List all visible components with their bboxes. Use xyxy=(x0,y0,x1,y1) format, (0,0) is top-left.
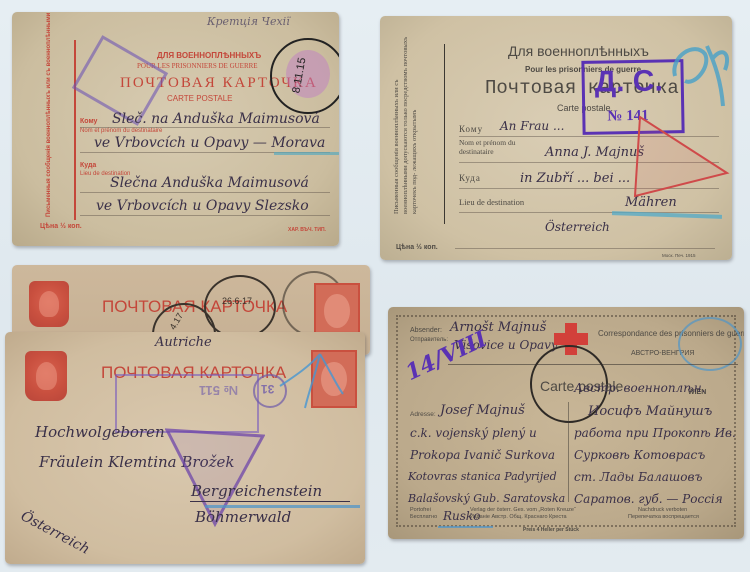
handwriting-line3: Slečna Anduška Maimusová xyxy=(110,176,309,190)
handwriting-line1: Hochwolgeboren xyxy=(35,425,165,440)
footer-left: Portofrei xyxy=(410,508,431,514)
handwriting-line5: Österreich xyxy=(545,221,610,233)
price: Цѣна ½ коп. xyxy=(396,244,438,251)
handwriting-line4: Böhmerwald xyxy=(195,510,291,525)
price: Preis 4 Heller per Stück xyxy=(523,528,579,533)
postcard-bottom-left-front: Autriche ПОЧТОВАЯ КАРТОЧКА № 511 31 Hoch… xyxy=(5,332,365,564)
where-label-fr: Lieu de destination xyxy=(459,198,524,207)
postcard-top-left: Письменныя сообщенія военноплѣнныхъ или … xyxy=(12,12,339,246)
russian-address-line-2: Иосифъ Майнушъ xyxy=(588,405,712,418)
blue-pencil-scribble xyxy=(665,36,732,116)
russian-address-line-4: Сурковѣ Котоврасъ xyxy=(574,449,705,461)
side-note: Письменныя сообщенія военноплѣнныхъ или … xyxy=(392,34,419,214)
handwriting-line1: Sleč. na Anduška Maimusová xyxy=(112,112,320,126)
sender-label: Absender: xyxy=(410,327,442,334)
printer: Моск. Печ. 1915 xyxy=(662,254,695,259)
footer-center: Verlag der österr. Ges. vom „Roten Kreuz… xyxy=(470,508,576,514)
card-title-fr: CARTE POSTALE xyxy=(167,95,233,103)
postcard-bottom-right: Absender: Отправитель: Arnošt Majnuš Viš… xyxy=(388,307,744,539)
blue-pencil-scribble xyxy=(275,346,345,416)
handwriting-line4: ve Vrbovcích u Opavy Slezsko xyxy=(96,199,309,213)
address-line-3: Prokopa Ivanič Surkova xyxy=(410,449,555,461)
handwriting-line2: Anna J. Majnuš xyxy=(545,146,644,159)
address-line-4: Kotovras stanica Padyrijed xyxy=(408,471,557,482)
postcard-top-right: Письменныя сообщенія военноплѣнныхъ или … xyxy=(380,16,732,260)
triangle-censor-stamp xyxy=(632,111,732,201)
postage-stamp xyxy=(314,283,360,339)
address-label: Adresse: xyxy=(410,412,436,419)
divider-line xyxy=(444,44,445,224)
header-ru: ДЛЯ ВОЕННОПЛѢННЫХЪ xyxy=(157,52,261,60)
footer-right-ru: Перепечатка воспрещается xyxy=(628,515,699,521)
russian-address-line-6: Саратов. губ. — Россія xyxy=(574,493,723,505)
handwriting-country: Österreich xyxy=(18,509,91,557)
where-label: Куда xyxy=(459,174,481,183)
to-label-fr: Nom et prénom du destinataire xyxy=(80,128,162,134)
divider-line xyxy=(74,40,76,220)
russian-address-line-1: Австр. военноплѣн. xyxy=(574,382,706,394)
handwriting-line3: Bergreichenstein xyxy=(191,484,322,499)
footer-right: Nachdruck verboten xyxy=(638,508,687,514)
blue-pencil-mark xyxy=(438,526,493,528)
blue-pencil-mark xyxy=(274,152,339,155)
address-line-5: Balašovský Gub. Saratovska xyxy=(408,493,565,504)
address-line-1: Josef Majnuš xyxy=(440,404,525,417)
handwriting-line3: in Zubří ... bei ... xyxy=(520,172,630,185)
postcard-photo: Письменныя сообщенія военноплѣнныхъ или … xyxy=(0,0,750,572)
imperial-eagle-emblem xyxy=(29,281,69,327)
russian-address-line-5: ст. Лады Балашовъ xyxy=(574,471,702,483)
footer-center-ru: Изданіе Австр. Общ. Краснаго Креста xyxy=(470,515,567,521)
where-label: Куда xyxy=(80,162,96,169)
side-note: Письменныя сообщенія военноплѣнныхъ или … xyxy=(46,37,52,217)
to-label: Кому xyxy=(80,118,97,125)
footer-left-ru: Бесплатно xyxy=(410,515,437,521)
address-line-2: c.k. vojenský plený u xyxy=(410,427,537,439)
imperial-eagle-emblem xyxy=(25,351,67,401)
handwriting-top: Кретція Чехії xyxy=(207,16,290,27)
header-ru: Для военноплѣнныхъ xyxy=(508,44,649,58)
to-label: Кому xyxy=(459,125,483,134)
handwriting-line2: ve Vrbovcích u Opavy — Morava xyxy=(94,136,325,150)
handwriting-top: Autriche xyxy=(155,336,212,349)
blue-censor-stamp xyxy=(678,317,742,371)
printer: ХАР. ВЪЧ. ТИП. xyxy=(288,228,326,233)
price: Цѣна ½ коп. xyxy=(40,223,82,230)
postmark: 8.11.15 xyxy=(270,38,339,114)
to-label-fr: Nom et prénom du destinataire xyxy=(459,138,529,156)
russian-address-line-3: работа при Прокопѣ Ив. xyxy=(574,427,736,439)
handwriting-line1: An Frau ... xyxy=(500,120,564,132)
